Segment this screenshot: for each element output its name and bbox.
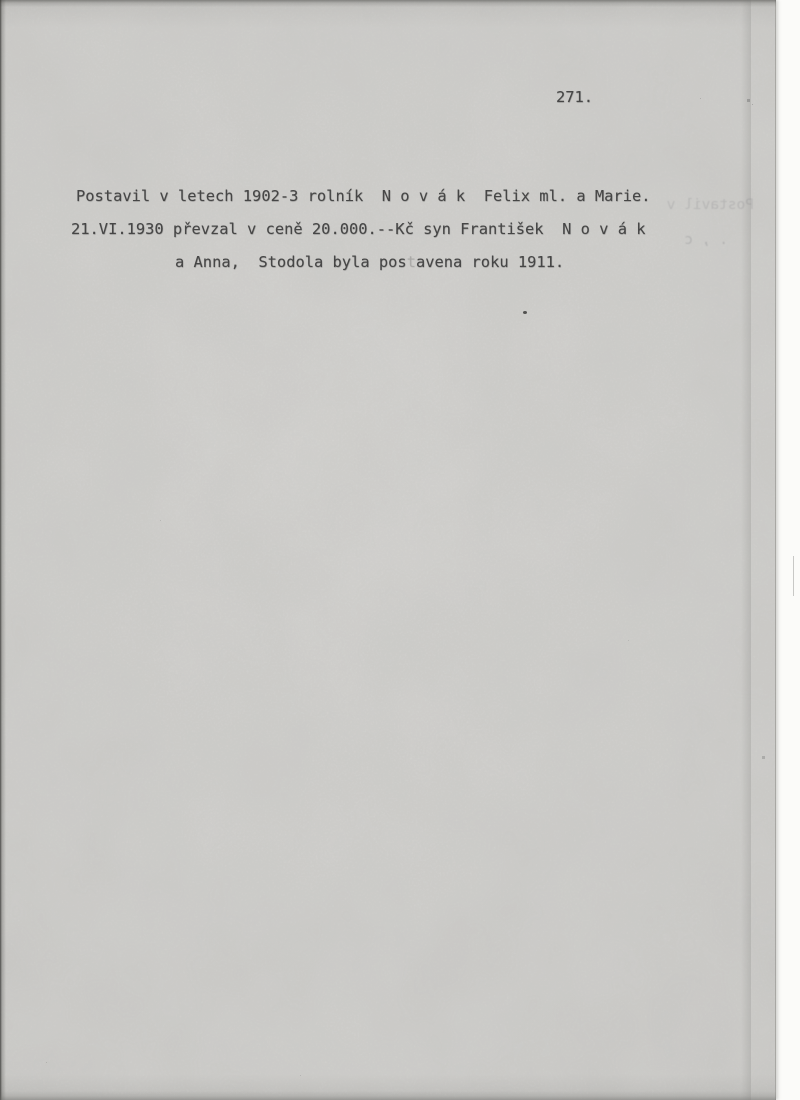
paper-right-edge-shade <box>741 0 751 1100</box>
scan-shadow-top-edge <box>0 0 776 7</box>
typewritten-line-2: 21.VI.1930 převzal v ceně 20.000.--Kč sy… <box>71 219 646 239</box>
scan-shadow-bottom-edge <box>0 1091 776 1100</box>
page-number: 271. <box>556 87 593 107</box>
bleedthrough-text-line-2: . , c <box>648 231 728 249</box>
bleedthrough-text-line-1: Postavil v <box>658 196 754 214</box>
typewritten-line-3: a Anna, Stodola byla postavena roku 1911… <box>175 252 564 272</box>
paper-sheet: 271. Postavil v letech 1902-3 rolník N o… <box>0 0 776 1100</box>
line3-faint-letter: t <box>407 253 416 271</box>
line3-text-before-faint: a Anna, Stodola byla pos <box>175 253 407 271</box>
line3-text-after-faint: avena roku 1911. <box>416 253 564 271</box>
scanned-document-page: 271. Postavil v letech 1902-3 rolník N o… <box>0 0 800 1100</box>
ink-speck <box>523 311 527 314</box>
scan-dust-speckles <box>0 0 1 1</box>
scanner-edge-artifact <box>793 556 794 596</box>
typewritten-line-1: Postavil v letech 1902-3 rolník N o v á … <box>76 186 651 206</box>
paper-texture <box>0 0 776 1100</box>
scan-shadow-left-edge <box>0 0 6 1100</box>
